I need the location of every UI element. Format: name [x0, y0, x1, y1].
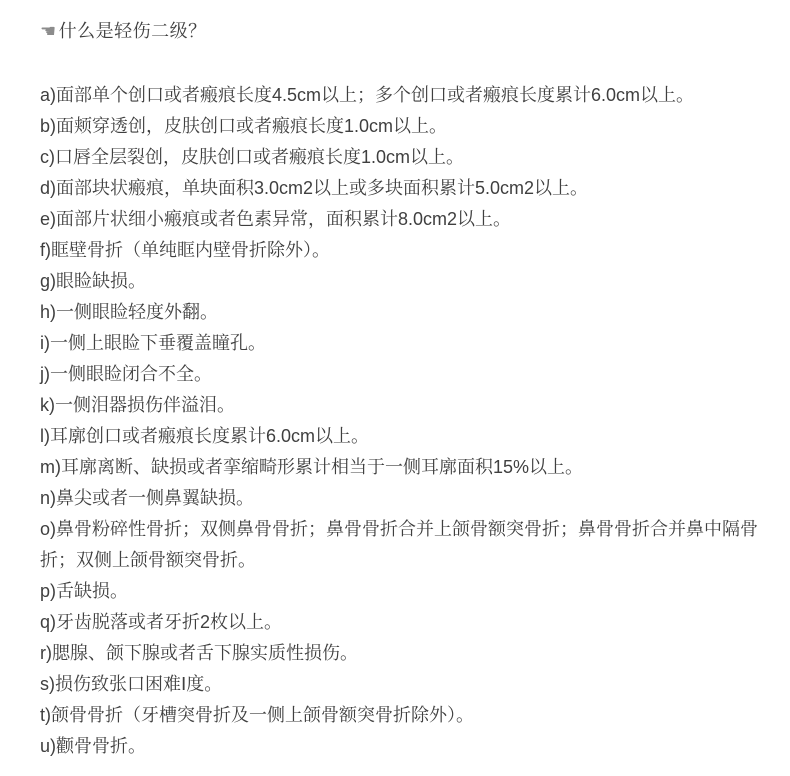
list-item: n)鼻尖或者一侧鼻翼缺损。 [40, 483, 785, 514]
list-item: q)牙齿脱落或者牙折2枚以上。 [40, 607, 785, 638]
list-item: k)一侧泪器损伤伴溢泪。 [40, 390, 785, 421]
page-title-text: 什么是轻伤二级？ [59, 16, 207, 46]
list-item: u)颧骨骨折。 [40, 731, 785, 762]
list-item: b)面颊穿透创，皮肤创口或者瘢痕长度1.0cm以上。 [40, 111, 785, 142]
page-title: ☚ 什么是轻伤二级？ [40, 16, 790, 46]
document-page: ☚ 什么是轻伤二级？ a)面部单个创口或者瘢痕长度4.5cm以上；多个创口或者瘢… [0, 0, 790, 762]
list-item: j)一侧眼睑闭合不全。 [40, 359, 785, 390]
list-item: e)面部片状细小瘢痕或者色素异常，面积累计8.0cm2以上。 [40, 204, 785, 235]
list-item: i)一侧上眼睑下垂覆盖瞳孔。 [40, 328, 785, 359]
list-item: r)腮腺、颌下腺或者舌下腺实质性损伤。 [40, 638, 785, 669]
list-item: f)眶壁骨折（单纯眶内壁骨折除外）。 [40, 235, 785, 266]
list-item: o)鼻骨粉碎性骨折；双侧鼻骨骨折；鼻骨骨折合并上颌骨额突骨折；鼻骨骨折合并鼻中隔… [40, 514, 785, 576]
list-item: a)面部单个创口或者瘢痕长度4.5cm以上；多个创口或者瘢痕长度累计6.0cm以… [40, 80, 785, 111]
list-item: m)耳廓离断、缺损或者挛缩畸形累计相当于一侧耳廓面积15%以上。 [40, 452, 785, 483]
list-item: s)损伤致张口困难Ⅰ度。 [40, 669, 785, 700]
injury-criteria-list: a)面部单个创口或者瘢痕长度4.5cm以上；多个创口或者瘢痕长度累计6.0cm以… [40, 80, 785, 762]
list-item: g)眼睑缺损。 [40, 266, 785, 297]
list-item: d)面部块状瘢痕，单块面积3.0cm2以上或多块面积累计5.0cm2以上。 [40, 173, 785, 204]
list-item: t)颌骨骨折（牙槽突骨折及一侧上颌骨额突骨折除外）。 [40, 700, 785, 731]
left-pointing-hand-icon: ☚ [40, 16, 57, 46]
list-item: h)一侧眼睑轻度外翻。 [40, 297, 785, 328]
list-item: c)口唇全层裂创，皮肤创口或者瘢痕长度1.0cm以上。 [40, 142, 785, 173]
list-item: l)耳廓创口或者瘢痕长度累计6.0cm以上。 [40, 421, 785, 452]
list-item: p)舌缺损。 [40, 576, 785, 607]
